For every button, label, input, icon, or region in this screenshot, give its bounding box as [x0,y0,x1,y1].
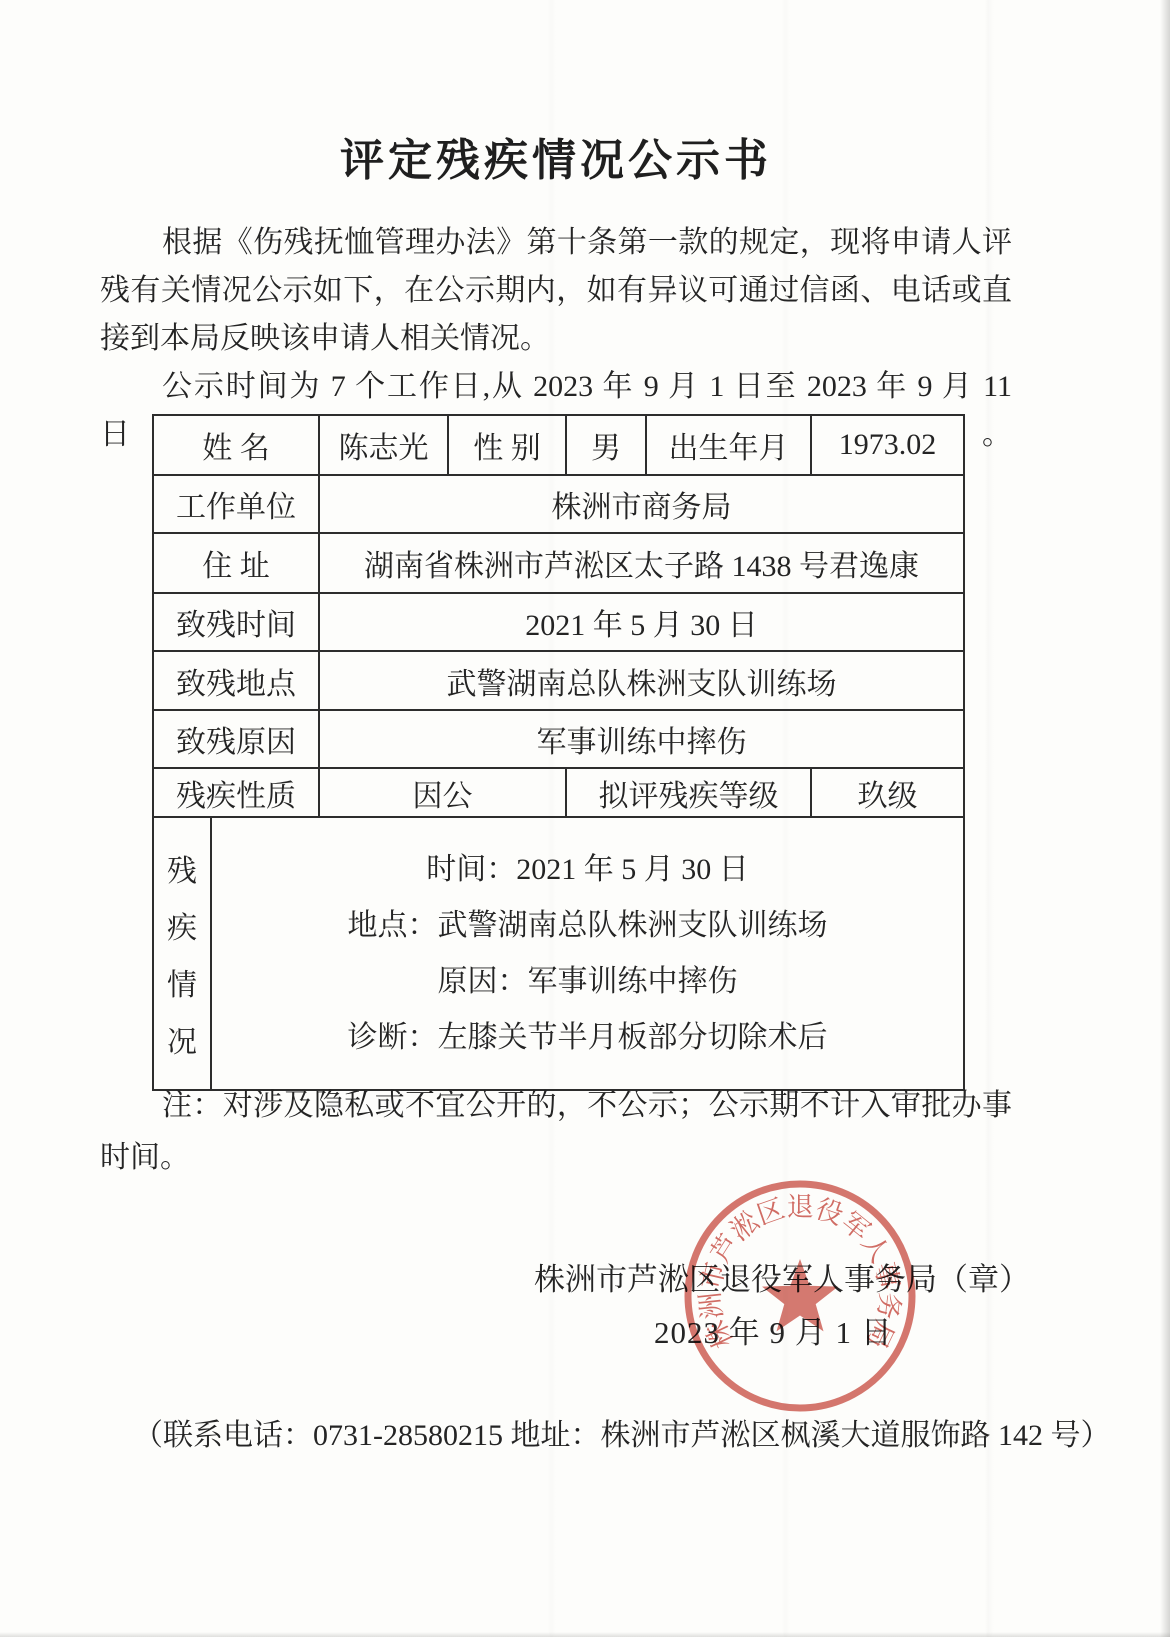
footer-contact: （联系电话：0731-28580215 地址：株洲市芦淞区枫溪大道服饰路 142… [133,1410,1111,1454]
cell-disability-place-value: 武警湖南总队株洲支队训练场 [319,651,964,710]
cell-name-label: 姓 名 [153,415,319,475]
cell-disability-cause-value: 军事训练中摔伤 [319,710,964,768]
cell-disability-place-label: 致残地点 [153,651,319,710]
cell-nature-value: 因公 [319,768,566,817]
note-paragraph: 注：对涉及隐私或不宜公开的，不公示；公示期不计入审批办事 时间。 [100,1080,1012,1184]
document-title: 评定残疾情况公示书 [100,124,1012,188]
vertical-label-char: 残 [167,846,197,890]
cell-disability-cause-label: 致残原因 [153,710,319,768]
scan-edge-shadow [1160,0,1170,1637]
vertical-label-char: 情 [167,960,197,1004]
table-row: 致残原因 军事训练中摔伤 [153,710,964,768]
cell-birth-label: 出生年月 [646,415,811,475]
cell-workunit-value: 株洲市商务局 [319,475,964,533]
official-red-stamp: 株洲市芦淞区退役军人事务局 [680,1176,920,1416]
cell-grade-label: 拟评残疾等级 [566,768,811,817]
cell-condition-label: 残 疾 情 况 [153,817,211,1090]
condition-line-diagnosis: 诊断：左膝关节半月板部分切除术后 [212,1010,963,1066]
table-row: 致残地点 武警湖南总队株洲支队训练场 [153,651,964,710]
cell-birth-value: 1973.02 [811,415,964,475]
scan-edge-shadow-bottom [0,1632,1170,1637]
note-line-1: 注：对涉及隐私或不宜公开的，不公示；公示期不计入审批办事 [100,1080,1012,1132]
cell-nature-label: 残疾性质 [153,768,319,817]
table-row: 工作单位 株洲市商务局 [153,475,964,533]
cell-address-value: 湖南省株洲市芦淞区太子路 1438 号君逸康 [319,533,964,593]
table-row: 姓 名 陈志光 性 别 男 出生年月 1973.02 [153,415,964,475]
cell-disability-time-value: 2021 年 5 月 30 日 [319,593,964,651]
table-row: 住 址 湖南省株洲市芦淞区太子路 1438 号君逸康 [153,533,964,593]
table-row: 致残时间 2021 年 5 月 30 日 [153,593,964,651]
condition-line-cause: 原因：军事训练中摔伤 [212,954,963,1010]
vertical-label-char: 况 [167,1017,197,1061]
vertical-label-char: 疾 [167,903,197,947]
cell-grade-value: 玖级 [811,768,964,817]
notice-table: 姓 名 陈志光 性 别 男 出生年月 1973.02 工作单位 株洲市商务局 住… [152,414,965,1091]
table-row: 残 疾 情 况 时间：2021 年 5 月 30 日 地点：武警湖南总队株洲支队… [153,817,964,1090]
table-row: 残疾性质 因公 拟评残疾等级 玖级 [153,768,964,817]
condition-line-time: 时间：2021 年 5 月 30 日 [212,842,963,898]
cell-gender-value: 男 [566,415,646,475]
stamp-star-icon [762,1259,838,1331]
cell-condition-detail: 时间：2021 年 5 月 30 日 地点：武警湖南总队株洲支队训练场 原因：军… [211,817,964,1090]
paragraph-line-3: 接到本局反映该申请人相关情况。 [100,315,1012,363]
cell-gender-label: 性 别 [448,415,566,475]
scanned-notice-page: 评定残疾情况公示书 根据《伤残抚恤管理办法》第十条第一款的规定，现将申请人评 残… [0,0,1170,1637]
paragraph-line-1: 根据《伤残抚恤管理办法》第十条第一款的规定，现将申请人评 [100,219,1012,267]
paragraph-line-2: 残有关情况公示如下，在公示期内，如有异议可通过信函、电话或直 [100,267,1012,315]
cell-disability-time-label: 致残时间 [153,593,319,651]
cell-workunit-label: 工作单位 [153,475,319,533]
cell-name-value: 陈志光 [319,415,448,475]
vertical-label: 残 疾 情 况 [154,818,210,1089]
cell-address-label: 住 址 [153,533,319,593]
condition-line-place: 地点：武警湖南总队株洲支队训练场 [212,898,963,954]
